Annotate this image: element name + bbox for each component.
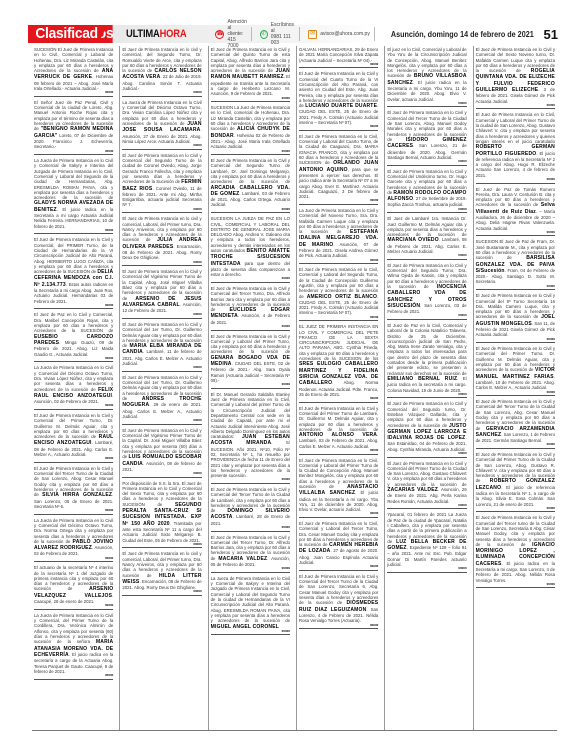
column-1: SUCESIÓN El Juez de Primera Instancia en… <box>32 46 115 731</box>
notice-code: 00000 <box>122 419 201 423</box>
notice-code: 00000 <box>476 507 555 511</box>
legal-notice: El Juez de Primera Instancia en lo Civil… <box>299 520 378 571</box>
notice-code: 00000 <box>122 543 201 547</box>
contact-label: Escríbinos al <box>271 22 294 34</box>
legal-notice: El Juez de Paz en lo Civil y Comercial, … <box>34 311 113 362</box>
legal-notice: El actuario de la secretaría Nº 4 interi… <box>34 564 113 610</box>
notice-code: 00000 <box>211 208 290 212</box>
notice-code: 00000 <box>299 397 378 401</box>
notice-code: 00000 <box>122 472 201 476</box>
notice-code: 00000 <box>34 304 113 308</box>
notice-code: 00000 <box>476 104 555 108</box>
legal-notice: El Juez de Primera Instancia en lo Civil… <box>122 152 201 213</box>
newspaper-logo: ULTIMAHORA <box>126 28 186 40</box>
notice-code: 00000 <box>299 624 378 628</box>
notice-code: 00000 <box>122 144 201 148</box>
legal-notice: El Juez de Primera Instancia en lo Civil… <box>211 285 290 331</box>
notice-text: EL JUEZ DE PRIMERA INSTANCIA EN LO CIVIL… <box>299 324 378 361</box>
notice-code: 00000 <box>211 97 290 101</box>
notice-code: 00000 <box>387 314 466 318</box>
legal-notice: El Juez de Primera Instancia en lo Civil… <box>122 374 201 425</box>
legal-notice: El Juez de Primera Instancia en lo Civil… <box>299 457 378 518</box>
notice-code: 00000 <box>387 567 466 571</box>
notice-code: 00000 <box>211 526 290 530</box>
notice-text: El Juez de Paz en lo Civil, Comercial y … <box>387 323 466 376</box>
phone-icon: ☎ <box>215 30 224 39</box>
notice-code: 00000 <box>211 277 290 281</box>
legal-notice: El Juez de Paz de Tomás Romero Pereira, … <box>476 186 555 237</box>
notice-code: 00000 <box>122 590 201 594</box>
notice-code: 00000 <box>299 316 378 320</box>
legal-notice: El Juez de Primera Instancia en lo civil… <box>122 215 201 266</box>
notice-code: 00000 <box>387 393 466 397</box>
legal-notice: El Juez de Primera Instancia en lo Civil… <box>476 451 555 512</box>
notice-code: 00000 <box>211 478 290 482</box>
notice-code: 00000 <box>299 565 378 569</box>
notice-text: La Jueza de Primera Instancia en lo Civi… <box>34 158 113 200</box>
notice-code: 00000 <box>299 512 378 516</box>
column-4: GALVAN. HERNANDARIAS, 29 de Enero de 202… <box>296 46 380 731</box>
legal-notice: El Juez de Primera Instancia en lo Civil… <box>211 486 290 532</box>
legal-notice: Ypacaraí, 01 febrero de 2021 La Jueza de… <box>387 511 466 572</box>
notice-code: 00000 <box>476 285 555 289</box>
notice-text: El Juez de Primera Instancia en lo Civil… <box>387 461 466 487</box>
legal-notice: El Juez de Primera Instancia en lo Civil… <box>387 262 466 320</box>
legal-notice: El Juez de Primera Instancia en lo Civil… <box>122 268 201 319</box>
logo-ultima: ULTIMA <box>126 28 160 40</box>
legal-notice: El Juez de Primera Instancia en lo Civil… <box>122 321 201 372</box>
notice-code: 00000 <box>211 630 290 634</box>
notice-text: El Juez de Primera Instancia en lo Civil… <box>299 406 378 432</box>
notice-text: El Juez de Primera Instancia en lo Civil… <box>211 334 290 355</box>
notice-code: 00000 <box>299 449 378 453</box>
column-2: El Juez de Primera Instancia en lo civil… <box>119 46 203 731</box>
legal-notice: El Juez de Primera Instancia en lo Civil… <box>476 111 555 183</box>
notice-code: 00000 <box>299 63 378 67</box>
legal-notice: El Juez de Primera Instancia en lo Civil… <box>299 573 378 629</box>
brand-bar: ULTIMAHORA ☎ Atención al cliente:415 700… <box>104 25 374 43</box>
legal-notice: La Jueza de Primera Instancia en lo Civi… <box>34 157 113 234</box>
legal-notice: El Señor Juez de Paz Penal, Civil y Come… <box>34 99 113 155</box>
legal-notice: Por disposición de S.S. la Sra. El Juez … <box>122 480 201 549</box>
legal-notice: La Juez de Primera Instancia en lo Civil… <box>299 207 378 264</box>
section-title: Clasificados <box>28 25 113 43</box>
legal-notice: El Juez de Primera Instancia en lo Civil… <box>476 345 555 396</box>
notice-code: 00000 <box>34 357 113 361</box>
notice-code: 00000 <box>299 199 378 203</box>
contact-whatsapp: ✆ Escríbinos al0981 111 003 <box>256 27 300 41</box>
legal-notice: El Juez de Primera Instancia en lo Civil… <box>211 46 290 102</box>
legal-notice: SUCESION El Juez de Paz de Fram, Dr. Jos… <box>476 238 555 290</box>
notice-code: 00000 <box>34 404 113 408</box>
decedent-name: LUCIANO DUARTE DUARTE <box>305 103 377 109</box>
notice-code: 00000 <box>476 443 555 447</box>
legal-notice: SUCESION LA JUEZA DE PAZ EN LO CIVIL, CO… <box>211 215 290 283</box>
notice-text: El Juez de Paz en lo Civil y Comercial, … <box>34 312 113 333</box>
notice-code: 00000 <box>34 604 113 608</box>
legal-notice: El Juez de Primera Instancia en lo civil… <box>122 46 201 97</box>
decedent-name: AMERICO ORTIZ BLANCO <box>307 294 377 300</box>
notice-code: 00000 <box>476 178 555 182</box>
legal-notice: El Juez de Primera Instancia en lo Civil… <box>211 157 290 213</box>
notice-code: 00000 <box>476 231 555 235</box>
notice-code: 00000 <box>299 259 378 263</box>
legal-notice: La Jueza de Primera Instancia en lo Civi… <box>34 517 113 563</box>
notice-code: 00000 <box>476 583 555 587</box>
notice-code: 00000 <box>387 208 466 212</box>
notice-code: 00000 <box>299 125 378 129</box>
notice-text: El Juez de Lambaré 1ra. Instancia Dr. Ju… <box>387 216 466 237</box>
notice-code: 00000 <box>387 254 466 258</box>
section-banner: Clasificados <box>28 25 100 43</box>
page-number: 51 <box>544 27 558 42</box>
legal-notice: El Juez de Primera Instancia en lo Civil… <box>476 398 555 449</box>
whatsapp-icon: ✆ <box>260 30 268 39</box>
legal-notice: El Juez de Primera Instancia en lo Civil… <box>299 266 378 321</box>
notice-code: 00000 <box>34 509 113 513</box>
notice-code: 00000 <box>211 383 290 387</box>
legal-notice: El Juez de Primera Instancia en lo Civil… <box>122 427 201 478</box>
newspaper-page: Clasificados ULTIMAHORA ☎ Atención al cl… <box>0 0 580 756</box>
legal-notice: El Juez de Primera Instancia en lo Civil… <box>211 534 290 573</box>
legal-notice: El Juez de Primera Instancia en lo Civil… <box>476 292 555 343</box>
contact-phone: ☎ Atención al cliente:415 7000 <box>211 27 251 41</box>
notice-code: 00000 <box>122 313 201 317</box>
decedent-name: ANTONIO ALONSO VERA <box>299 432 377 438</box>
page-header: Clasificados ULTIMAHORA ☎ Atención al cl… <box>28 24 558 44</box>
notice-code: 00000 <box>476 338 555 342</box>
legal-notice: El juez en lo Civil, Comercial y Laboral… <box>387 46 466 107</box>
notice-code: 00000 <box>34 457 113 461</box>
notice-code: 00000 <box>34 674 113 678</box>
legal-notice: SUCESIÓN El Juez de Primera Instancia en… <box>34 46 113 97</box>
decedent-name: MACARIA VALDEZ <box>218 556 267 562</box>
notice-code: 00000 <box>211 150 290 154</box>
column-5: El juez en lo Civil, Comercial y Laboral… <box>384 46 468 731</box>
legal-notice: El Juez de Primera Instancia en lo Civil… <box>34 412 113 463</box>
decedent-name: MARCIANA OVIEDO <box>387 237 439 243</box>
decedent-name: SILVIA HIRRA GONZALEZ <box>42 492 112 498</box>
decedent-name: MIGUEL ANGEL CORONEL <box>211 624 279 630</box>
notice-code: 00000 <box>122 366 201 370</box>
notice-code: 00000 <box>34 150 113 154</box>
notice-text: El Juez de Primera Instancia en lo Civil… <box>476 112 555 143</box>
logo-hora: HORA <box>160 28 187 40</box>
legal-notice: La Jueza de Primera Instancia en lo Civi… <box>34 612 113 680</box>
notice-text: GALVAN. HERNANDARIAS, 29 de Enero de 202… <box>299 47 378 63</box>
legal-notice: El Juez de Primera Instancia en lo Civil… <box>476 514 555 588</box>
legal-notice: El Juez de Paz en lo Civil, Comercial y … <box>387 322 466 398</box>
legal-notice: El Juez de Primera Instancia en lo Civil… <box>299 70 378 130</box>
notice-code: 00000 <box>387 160 466 164</box>
contact-value[interactable]: avisos@uhora.com.py <box>320 31 370 37</box>
classifieds-columns: SUCESIÓN El Juez de Primera Instancia en… <box>32 46 557 731</box>
legal-notice: El Juez de Primera Instancia en lo Civil… <box>387 109 466 165</box>
legal-notice: El Dr. Manuel Gerardo Saldaña Stanley Ju… <box>211 391 290 484</box>
notice-text: El Juez de Primera Instancia en lo Civil… <box>211 158 290 184</box>
contact-email[interactable]: ✉ avisos@uhora.com.py <box>304 27 375 41</box>
notice-code: 00000 <box>387 102 466 106</box>
notice-code: 00000 <box>34 91 113 95</box>
contact-value: 0981 111 003 <box>271 34 291 46</box>
legal-notice: El Juez de Primera Instancia en lo civil… <box>122 550 201 596</box>
mail-icon: ✉ <box>308 30 317 39</box>
legal-notice: El Juez de Primera Instancia en lo Civil… <box>211 333 290 389</box>
legal-notice: La Jueza de Primera Instancia en lo Civi… <box>34 364 113 410</box>
legal-notice: SUCESION La Juez de Primera Instancia en… <box>211 104 290 155</box>
legal-notice: El Juez de Primera Instancia en lo Civil… <box>34 465 113 515</box>
legal-notice: El Juez de Primera Instancia en lo Civil… <box>476 46 555 109</box>
notice-code: 00000 <box>122 91 201 95</box>
legal-notice: El Juez de Primera Instancia en lo Civil… <box>299 405 378 455</box>
legal-notice: GALVAN. HERNANDARIAS, 29 de Enero de 202… <box>299 46 378 68</box>
notice-code: 00000 <box>34 557 113 561</box>
notice-code: 00000 <box>387 452 466 456</box>
contact-label: Atención al cliente: <box>227 19 246 37</box>
legal-notice: La Jueza de Primera Instancia en lo Civi… <box>122 99 201 150</box>
notice-code: 00000 <box>476 391 555 395</box>
notice-text: El Dr. Manuel Gerardo Saldaña Stanley Ju… <box>211 392 290 439</box>
column-3: El Juez de Primera Instancia en lo Civil… <box>208 46 292 731</box>
legal-notice: El Juez de Primera Instancia en lo Civil… <box>34 236 113 309</box>
notice-code: 00000 <box>211 325 290 329</box>
notice-code: 00000 <box>387 504 466 508</box>
bottom-rule <box>32 730 557 731</box>
notice-text: . S/ SUCESION. Año 2021. Nº10, Folio Nº … <box>211 440 290 478</box>
legal-notice: El Juez de Primera Instancia en lo Civil… <box>387 168 466 214</box>
column-6: El Juez de Primera Instancia en lo Civil… <box>473 46 557 731</box>
legal-notice: El Juez de Lambaré 1ra. Instancia Dr. Ju… <box>387 215 466 260</box>
dateline: Asunción, domingo 14 de febrero de 2021 <box>391 30 534 39</box>
notice-code: 00000 <box>122 208 201 212</box>
decedent-name: EMILIANO BERNAL RUIZ <box>387 376 457 382</box>
legal-notice: El Juez de Primera Instancia en lo Civil… <box>387 460 466 510</box>
legal-notice: La Jueza de Primera Instancia en lo Civi… <box>211 575 290 635</box>
legal-notice: El Juez de Primera Instancia en lo Civil… <box>387 400 466 457</box>
legal-notice: EL JUEZ DE PRIMERA INSTANCIA EN LO CIVIL… <box>299 323 378 402</box>
notice-code: 00000 <box>122 261 201 265</box>
legal-notice: El Juez de Primera Instancia en lo Civil… <box>299 133 378 205</box>
notice-text: La Jueza de Primera Instancia en lo Civi… <box>211 576 290 623</box>
notice-code: 00000 <box>211 567 290 571</box>
decedent-name: ZACARIAS VALDEZ <box>387 487 438 493</box>
notice-code: 00000 <box>34 229 113 233</box>
